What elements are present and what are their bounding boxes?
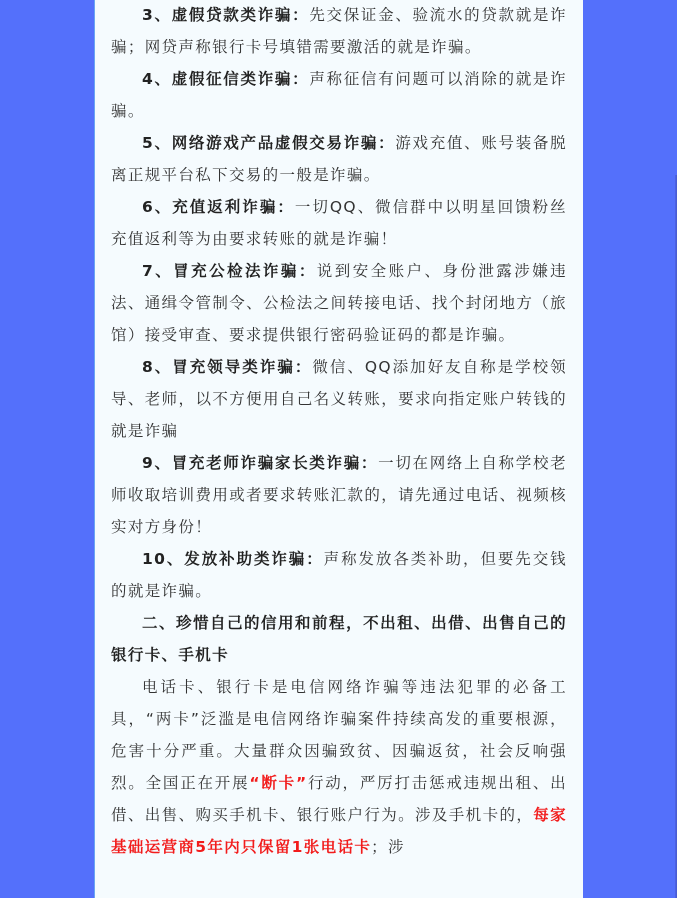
- fraud-item-title: 8、冒充领导类诈骗：: [142, 358, 312, 376]
- fraud-item-6: 6、充值返利诈骗：一切QQ、微信群中以明星回馈粉丝充值返利等为由要求转账的就是诈…: [111, 191, 567, 255]
- article-panel: 3、虚假贷款类诈骗：先交保证金、验流水的贷款就是诈骗；网贷声称银行卡号填错需要激…: [94, 0, 583, 898]
- fraud-item-8: 8、冒充领导类诈骗：微信、QQ添加好友自称是学校领导、老师，以不方便用自己名义转…: [111, 351, 567, 447]
- fraud-item-title: 7、冒充公检法诈骗：: [142, 262, 317, 280]
- fraud-item-9: 9、冒充老师诈骗家长类诈骗：一切在网络上自称学校老师收取培训费用或者要求转账汇款…: [111, 447, 567, 543]
- section-paragraph: 电话卡、银行卡是电信网络诈骗等违法犯罪的必备工具，“两卡”泛滥是电信网络诈骗案件…: [111, 671, 567, 863]
- paragraph-text: ；涉: [371, 838, 405, 856]
- fraud-item-7: 7、冒充公检法诈骗：说到安全账户、身份泄露涉嫌违法、通缉令管制令、公检法之间转接…: [111, 255, 567, 351]
- fraud-item-title: 6、充值返利诈骗：: [142, 198, 295, 216]
- fraud-item-10: 10、发放补助类诈骗：声称发放各类补助，但要先交钱的就是诈骗。: [111, 543, 567, 607]
- section-heading: 二、珍惜自己的信用和前程，不出租、出借、出售自己的银行卡、手机卡: [111, 607, 567, 671]
- fraud-item-title: 5、网络游戏产品虚假交易诈骗：: [142, 134, 395, 152]
- fraud-item-3: 3、虚假贷款类诈骗：先交保证金、验流水的贷款就是诈骗；网贷声称银行卡号填错需要激…: [111, 0, 567, 63]
- fraud-item-title: 10、发放补助类诈骗：: [142, 550, 324, 568]
- fraud-item-title: 4、虚假征信类诈骗：: [142, 70, 309, 88]
- highlight-duanka: “断卡”: [249, 774, 307, 792]
- fraud-item-5: 5、网络游戏产品虚假交易诈骗：游戏充值、账号装备脱离正规平台私下交易的一般是诈骗…: [111, 127, 567, 191]
- fraud-item-title: 9、冒充老师诈骗家长类诈骗：: [142, 454, 378, 472]
- fraud-item-4: 4、虚假征信类诈骗：声称征信有问题可以消除的就是诈骗。: [111, 63, 567, 127]
- fraud-item-title: 3、虚假贷款类诈骗：: [142, 6, 309, 24]
- article-content: 3、虚假贷款类诈骗：先交保证金、验流水的贷款就是诈骗；网贷声称银行卡号填错需要激…: [111, 0, 567, 863]
